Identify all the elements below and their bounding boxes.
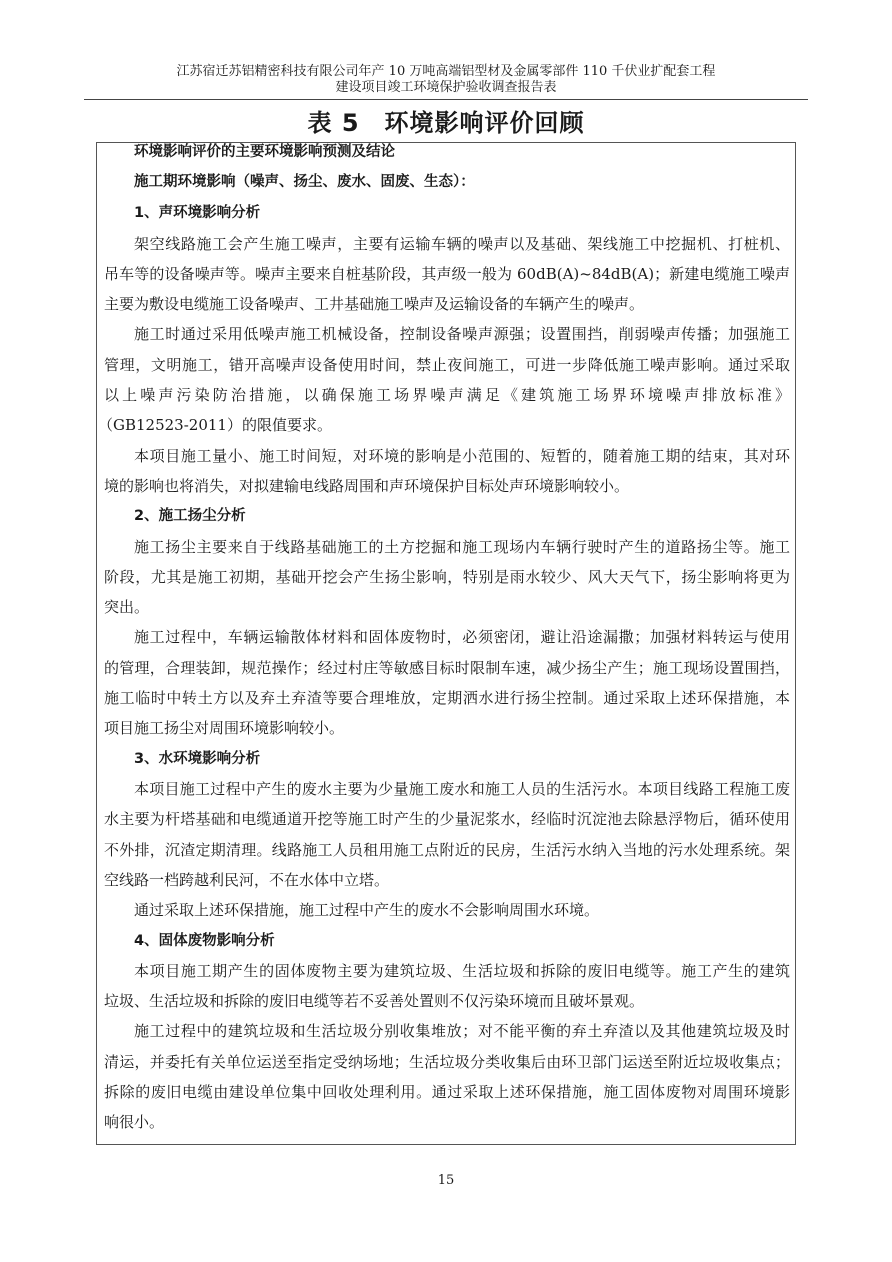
paragraph-line: 本项目施工过程中产生的废水主要为少量施工废水和施工人员的生活污水。本项目线路工程… — [134, 780, 790, 798]
header-project-name: 江苏宿迁苏铝精密科技有限公司年产 10 万吨高端铝型材及金属零部件 110 千伏… — [0, 64, 892, 80]
page-title: 表 5 环境影响评价回顾 — [0, 107, 892, 139]
paragraph-line: 主要为敷设电缆施工设备噪声、工井基础施工噪声及运输设备的车辆产生的噪声。 — [104, 295, 790, 313]
section-heading-water: 3、水环境影响分析 — [134, 750, 790, 768]
paragraph-line: 拆除的废旧电缆由建设单位集中回收处理利用。通过采取上述环保措施，施工固体废物对周… — [104, 1083, 790, 1101]
paragraph-line: 垃圾、生活垃圾和拆除的废旧电缆等若不妥善处置则不仅污染环境而且破坏景观。 — [104, 992, 790, 1010]
paragraph-line: 施工临时中转土方以及弃土弃渣等要合理堆放，定期洒水进行扬尘控制。通过采取上述环保… — [104, 689, 790, 707]
paragraph-line: 突出。 — [104, 598, 790, 616]
paragraph-line: （GB12523-2011）的限值要求。 — [98, 416, 784, 434]
paragraph-line: 水主要为杆塔基础和电缆通道开挖等施工时产生的少量泥浆水，经临时沉淀池去除悬浮物后… — [104, 810, 790, 828]
paragraph-line: 本项目施工量小、施工时间短，对环境的影响是小范围的、短暂的，随着施工期的结束，其… — [134, 447, 790, 465]
heading-construction: 施工期环境影响（噪声、扬尘、废水、固废、生态）： — [134, 173, 790, 191]
paragraph-line: 施工过程中的建筑垃圾和生活垃圾分别收集堆放；对不能平衡的弃土弃渣以及其他建筑垃圾… — [134, 1022, 790, 1040]
heading-main: 环境影响评价的主要环境影响预测及结论 — [134, 143, 790, 161]
paragraph-line: 以上噪声污染防治措施，以确保施工场界噪声满足《建筑施工场界环境噪声排放标准》 — [104, 386, 790, 404]
paragraph-line: 施工过程中，车辆运输散体材料和固体废物时，必须密闭，避让沿途漏撒；加强材料转运与… — [134, 628, 790, 646]
section-heading-noise: 1、声环境影响分析 — [134, 204, 790, 222]
page-number: 15 — [0, 1173, 892, 1188]
paragraph-line: 境的影响也将消失，对拟建输电线路周围和声环境保护目标处声环境影响较小。 — [104, 477, 790, 495]
paragraph-line: 施工扬尘主要来自于线路基础施工的土方挖掘和施工现场内车辆行驶时产生的道路扬尘等。… — [134, 538, 790, 556]
paragraph-line: 空线路一档跨越利民河，不在水体中立塔。 — [104, 871, 790, 889]
paragraph-line: 响很小。 — [104, 1113, 790, 1131]
paragraph-line: 施工时通过采用低噪声施工机械设备，控制设备噪声源强；设置围挡，削弱噪声传播；加强… — [134, 325, 790, 343]
paragraph-line: 阶段，尤其是施工初期，基础开挖会产生扬尘影响，特别是雨水较少、风大天气下，扬尘影… — [104, 568, 790, 586]
paragraph-line: 吊车等的设备噪声等。噪声主要来自桩基阶段，其声级一般为 60dB(A)~84dB… — [104, 265, 790, 283]
paragraph-line: 项目施工扬尘对周围环境影响较小。 — [104, 719, 790, 737]
paragraph-line: 架空线路施工会产生施工噪声，主要有运输车辆的噪声以及基础、架线施工中挖掘机、打桩… — [134, 235, 790, 253]
section-heading-solid-waste: 4、固体废物影响分析 — [134, 932, 790, 950]
paragraph-line: 通过采取上述环保措施，施工过程中产生的废水不会影响周围水环境。 — [134, 901, 790, 919]
header-divider — [84, 99, 808, 100]
header-report-type: 建设项目竣工环境保护验收调查报告表 — [0, 80, 892, 96]
paragraph-line: 不外排，沉渣定期清理。线路施工人员租用施工点附近的民房，生活污水纳入当地的污水处… — [104, 841, 790, 859]
paragraph-line: 本项目施工期产生的固体废物主要为建筑垃圾、生活垃圾和拆除的废旧电缆等。施工产生的… — [134, 962, 790, 980]
section-heading-dust: 2、施工扬尘分析 — [134, 507, 790, 525]
paragraph-line: 的管理，合理装卸，规范操作；经过村庄等敏感目标时限制车速，减少扬尘产生；施工现场… — [104, 659, 790, 677]
paragraph-line: 清运，并委托有关单位运送至指定受纳场地；生活垃圾分类收集后由环卫部门运送至附近垃… — [104, 1053, 790, 1071]
paragraph-line: 管理，文明施工，错开高噪声设备使用时间，禁止夜间施工，可进一步降低施工噪声影响。… — [104, 356, 790, 374]
